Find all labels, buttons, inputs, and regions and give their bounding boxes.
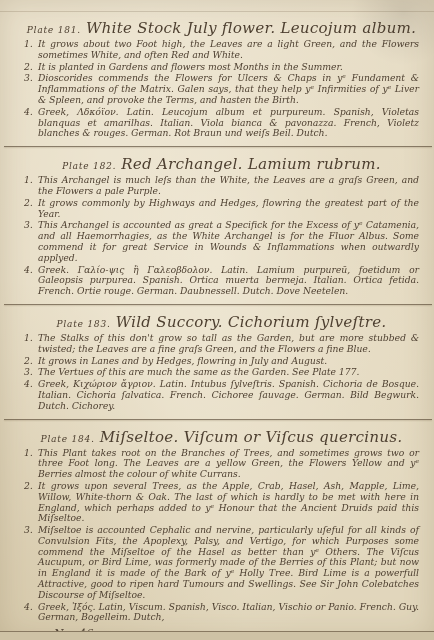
item-text: Greek, Ἰξός. Latin, Viscum. Spanish, Vis… <box>38 603 419 625</box>
list-item: 2. It grows commonly by Highways and Hed… <box>24 199 419 221</box>
list-item: 2. It grows in Lanes and by Hedges, flow… <box>24 357 419 368</box>
item-number: 4. <box>24 380 38 412</box>
list-item: 4. Greek. Γαλίο-ψις ἢ Γαλεοβδολον. Latin… <box>24 266 419 298</box>
item-list: 1. The Stalks of this don't grow so tall… <box>24 334 419 413</box>
item-number: 3. <box>24 221 38 264</box>
item-number: 3. <box>24 526 38 602</box>
item-text: The Vertues of this are much the same as… <box>38 368 419 379</box>
plate-label: Plate 181. <box>27 26 81 36</box>
plate-label: Plate 184. <box>41 435 95 445</box>
list-item: 3. Miſseltoe is accounted Cephalic and n… <box>24 526 419 602</box>
item-text: Greek. Γαλίο-ψις ἢ Γαλεοβδολον. Latin. L… <box>38 266 419 298</box>
plate-label: Plate 183. <box>57 320 111 330</box>
item-text: It grows commonly by Highways and Hedges… <box>38 199 419 221</box>
section-heading: Plate 184.Miſseltoe. Viſcum or Viſcus qu… <box>24 427 419 446</box>
item-list: 1. This Plant takes root on the Branches… <box>24 449 419 625</box>
item-number: 4. <box>24 108 38 140</box>
list-item: 2. It is planted in Gardens and flowers … <box>24 63 419 74</box>
list-item: 1. It grows about two Foot high, the Lea… <box>24 40 419 62</box>
section-title: Wild Succory. Cichorium ſylveſtre. <box>116 313 387 331</box>
page-top-edge <box>0 11 434 12</box>
item-number: 3. <box>24 368 38 379</box>
list-item: 2. It grows upon several Trees, as the A… <box>24 482 419 525</box>
item-number: 2. <box>24 199 38 221</box>
section-divider <box>4 419 432 420</box>
section-heading: Plate 181.White Stock July flower. Leuco… <box>24 18 419 37</box>
list-item: 1. This Archangel is much leſs than the … <box>24 176 419 198</box>
item-number: 4. <box>24 266 38 298</box>
item-text: It grows upon several Trees, as the Appl… <box>38 482 419 525</box>
item-text: Greek, Λδκόϊον. Latin. Leucojum album et… <box>38 108 419 140</box>
item-text: It grows about two Foot high, the Leaves… <box>38 40 419 62</box>
section-heading: Plate 182.Red Archangel. Lamium rubrum. <box>24 154 419 173</box>
section-divider <box>4 146 432 147</box>
item-text: The Stalks of this don't grow so tall as… <box>38 334 419 356</box>
item-text: This Archangel is accounted as great a S… <box>38 221 419 264</box>
section-title: White Stock July flower. Leucojum album. <box>86 19 416 37</box>
item-number: 1. <box>24 334 38 356</box>
plate-section-181: Plate 181.White Stock July flower. Leuco… <box>24 18 419 140</box>
list-item: 3. The Vertues of this are much the same… <box>24 368 419 379</box>
section-heading: Plate 183.Wild Succory. Cichorium ſylveſ… <box>24 312 419 331</box>
item-number: 2. <box>24 482 38 525</box>
item-text: This Archangel is much leſs than the Whi… <box>38 176 419 198</box>
item-number: 2. <box>24 357 38 368</box>
item-number: 2. <box>24 63 38 74</box>
item-text: Miſseltoe is accounted Cephalic and nerv… <box>38 526 419 602</box>
item-list: 1. This Archangel is much leſs than the … <box>24 176 419 298</box>
herbal-page: Plate 181.White Stock July flower. Leuco… <box>0 0 434 640</box>
list-item: 1. This Plant takes root on the Branches… <box>24 449 419 481</box>
section-title: Red Archangel. Lamium rubrum. <box>121 155 381 173</box>
item-number: 1. <box>24 176 38 198</box>
plate-label: Plate 182. <box>62 162 116 172</box>
item-text: This Plant takes root on the Branches of… <box>38 449 419 481</box>
item-text: Dioscorides commends the Flowers for Ulc… <box>38 74 419 106</box>
item-list: 1. It grows about two Foot high, the Lea… <box>24 40 419 140</box>
item-number: 3. <box>24 74 38 106</box>
list-item: 4. Greek, Ἰξός. Latin, Viscum. Spanish, … <box>24 603 419 625</box>
list-item: 1. The Stalks of this don't grow so tall… <box>24 334 419 356</box>
section-divider <box>4 304 432 305</box>
item-number: 1. <box>24 449 38 481</box>
plate-section-183: Plate 183.Wild Succory. Cichorium ſylveſ… <box>24 312 419 413</box>
list-item: 3. Dioscorides commends the Flowers for … <box>24 74 419 106</box>
item-number: 1. <box>24 40 38 62</box>
item-text: Greek, Κιχώριον ἄγριον. Latin. Intubus ſ… <box>38 380 419 412</box>
list-item: 4. Greek, Κιχώριον ἄγριον. Latin. Intubu… <box>24 380 419 412</box>
plate-section-182: Plate 182.Red Archangel. Lamium rubrum. … <box>24 154 419 298</box>
plate-section-184: Plate 184.Miſseltoe. Viſcum or Viſcus qu… <box>24 427 419 625</box>
item-text: It is planted in Gardens and flowers mos… <box>38 63 419 74</box>
list-item: 3. This Archangel is accounted as great … <box>24 221 419 264</box>
item-text: It grows in Lanes and by Hedges, flowrin… <box>38 357 419 368</box>
item-number: 4. <box>24 603 38 625</box>
list-item: 4. Greek, Λδκόϊον. Latin. Leucojum album… <box>24 108 419 140</box>
page-bottom-edge <box>0 631 434 640</box>
section-title: Miſseltoe. Viſcum or Viſcus quercinus. <box>100 428 403 446</box>
